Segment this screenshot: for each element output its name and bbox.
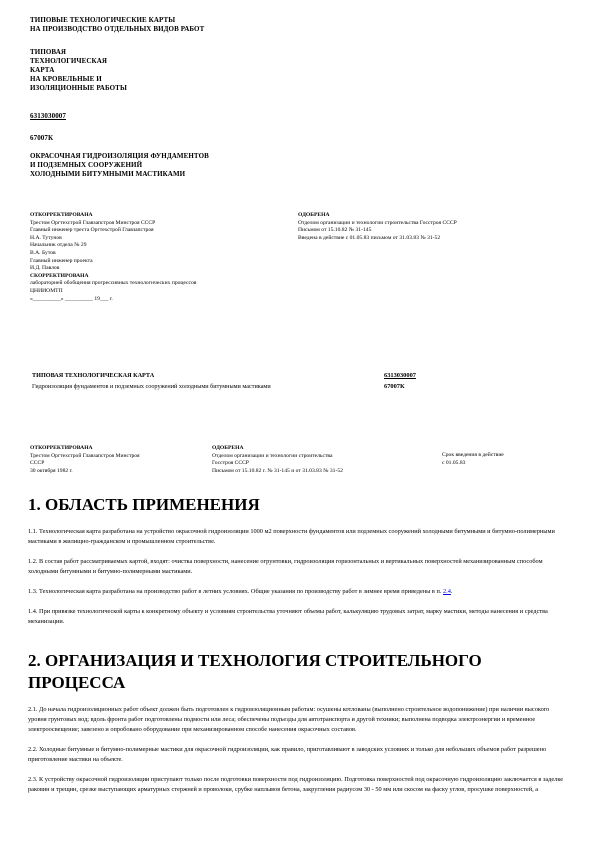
approval-right: ОДОБРЕНА Отделом организации и технологи…: [298, 212, 568, 242]
approval-table-col1: ОТКОРРЕКТИРОВАНА Трестом Оргтехстрой Гла…: [30, 445, 210, 475]
approval-cell: ОДОБРЕНА: [212, 445, 422, 453]
card-type-line: ИЗОЛЯЦИОННЫЕ РАБОТЫ: [30, 84, 127, 93]
approval-table-col3: Срок введения в действие с 01.05.83: [442, 452, 572, 467]
approval-left-line: В.А. Бутов: [30, 250, 290, 258]
approval-cell: Госстроя СССР: [212, 460, 422, 468]
paragraph-1-1: 1.1. Технологическая карта разработана н…: [28, 527, 568, 547]
section-2-heading: 2. ОРГАНИЗАЦИЯ И ТЕХНОЛОГИЯ СТРОИТЕЛЬНОГ…: [28, 650, 548, 694]
card-block: ТИПОВАЯ ТЕХНОЛОГИЧЕСКАЯ КАРТА Гидроизоля…: [32, 370, 271, 392]
card-type-line: КАРТА: [30, 66, 127, 75]
approval-cell: СССР: [30, 460, 210, 468]
section-1-body: 1.1. Технологическая карта разработана н…: [28, 527, 568, 627]
approval-cell: Отделом организации и технологии строите…: [212, 453, 422, 461]
section-2-body: 2.1. До начала гидроизоляционных работ о…: [28, 705, 568, 795]
paragraph-1-3: 1.3. Технологическая карта разработана н…: [28, 587, 568, 597]
approval-cell: с 01.05.83: [442, 460, 572, 468]
series-title: ТИПОВЫЕ ТЕХНОЛОГИЧЕСКИЕ КАРТЫ НА ПРОИЗВО…: [30, 16, 204, 34]
card-block-subtitle: Гидроизоляция фундаментов и подземных со…: [32, 381, 271, 392]
document-title-line: ОКРАСОЧНАЯ ГИДРОИЗОЛЯЦИЯ ФУНДАМЕНТОВ: [30, 152, 209, 161]
approval-left-line: ОТКОРРЕКТИРОВАНА: [30, 212, 290, 220]
approval-cell: Срок введения в действие: [442, 452, 572, 460]
series-title-line: НА ПРОИЗВОДСТВО ОТДЕЛЬНЫХ ВИДОВ РАБОТ: [30, 25, 204, 34]
document-title-line: И ПОДЗЕМНЫХ СООРУЖЕНИЙ: [30, 161, 209, 170]
approval-left-line: И.Д. Павлов: [30, 265, 290, 273]
card-type-line: НА КРОВЕЛЬНЫЕ И: [30, 75, 127, 84]
approval-left-line: ЦНИИОМТП: [30, 288, 290, 296]
section-1-heading: 1. ОБЛАСТЬ ПРИМЕНЕНИЯ: [28, 494, 260, 516]
link-section-2-4[interactable]: 2.4: [443, 588, 451, 595]
document-title: ОКРАСОЧНАЯ ГИДРОИЗОЛЯЦИЯ ФУНДАМЕНТОВ И П…: [30, 152, 209, 179]
card-block-codes: 6313030007 67007К: [384, 370, 416, 392]
paragraph-2-1: 2.1. До начала гидроизоляционных работ о…: [28, 705, 568, 735]
approval-right-line: Письмом от 15.10.82 № 31-145: [298, 227, 568, 235]
approval-left: ОТКОРРЕКТИРОВАНА Трестом Оргтехстрой Гла…: [30, 212, 290, 303]
document-code: 6313030007: [30, 112, 66, 121]
paragraph-1-4: 1.4. При привязке технологической карты …: [28, 607, 568, 627]
approval-cell: Трестом Оргтехстрой Главзапстроя Минстро…: [30, 453, 210, 461]
approval-left-line: Главный инженер проекта: [30, 258, 290, 266]
paragraph-1-3-end: .: [451, 588, 453, 595]
approval-cell: ОТКОРРЕКТИРОВАНА: [30, 445, 210, 453]
approval-left-line: Главный инженер треста Оргтехстрой Главз…: [30, 227, 290, 235]
approval-cell: 30 октября 1982 г.: [30, 468, 210, 476]
paragraph-2-3: 2.3. К устройству окрасочной гидроизоляц…: [28, 775, 568, 795]
card-type-line: ТЕХНОЛОГИЧЕСКАЯ: [30, 57, 127, 66]
card-block-code-2: 67007К: [384, 381, 416, 392]
card-block-title: ТИПОВАЯ ТЕХНОЛОГИЧЕСКАЯ КАРТА: [32, 370, 271, 381]
document-code-2: 67007К: [30, 134, 53, 143]
approval-left-line: «__________» __________ 19___ г.: [30, 296, 290, 304]
approval-cell: Письмом от 15.10.82 г. № 31-145 и от 31.…: [212, 468, 422, 476]
approval-right-line: Введена в действие с 01.05.83 письмом от…: [298, 235, 568, 243]
card-type-line: ТИПОВАЯ: [30, 48, 127, 57]
paragraph-1-3-text: 1.3. Технологическая карта разработана н…: [28, 588, 443, 595]
card-type: ТИПОВАЯ ТЕХНОЛОГИЧЕСКАЯ КАРТА НА КРОВЕЛЬ…: [30, 48, 127, 93]
approval-left-line: Начальник отдела № 29: [30, 242, 290, 250]
approval-right-line: ОДОБРЕНА: [298, 212, 568, 220]
series-title-line: ТИПОВЫЕ ТЕХНОЛОГИЧЕСКИЕ КАРТЫ: [30, 16, 204, 25]
card-block-code: 6313030007: [384, 370, 416, 381]
approval-table-col2: ОДОБРЕНА Отделом организации и технологи…: [212, 445, 422, 475]
approval-left-line: лабораторией обобщения прогрессивных тех…: [30, 280, 290, 288]
approval-left-line: Н.А. Тутунов: [30, 235, 290, 243]
paragraph-1-2: 1.2. В состав работ рассматриваемых карт…: [28, 557, 568, 577]
paragraph-2-2: 2.2. Холодные битумные и битумно-полимер…: [28, 745, 568, 765]
document-title-line: ХОЛОДНЫМИ БИТУМНЫМИ МАСТИКАМИ: [30, 170, 209, 179]
approval-right-line: Отделом организации и технологии строите…: [298, 220, 568, 228]
